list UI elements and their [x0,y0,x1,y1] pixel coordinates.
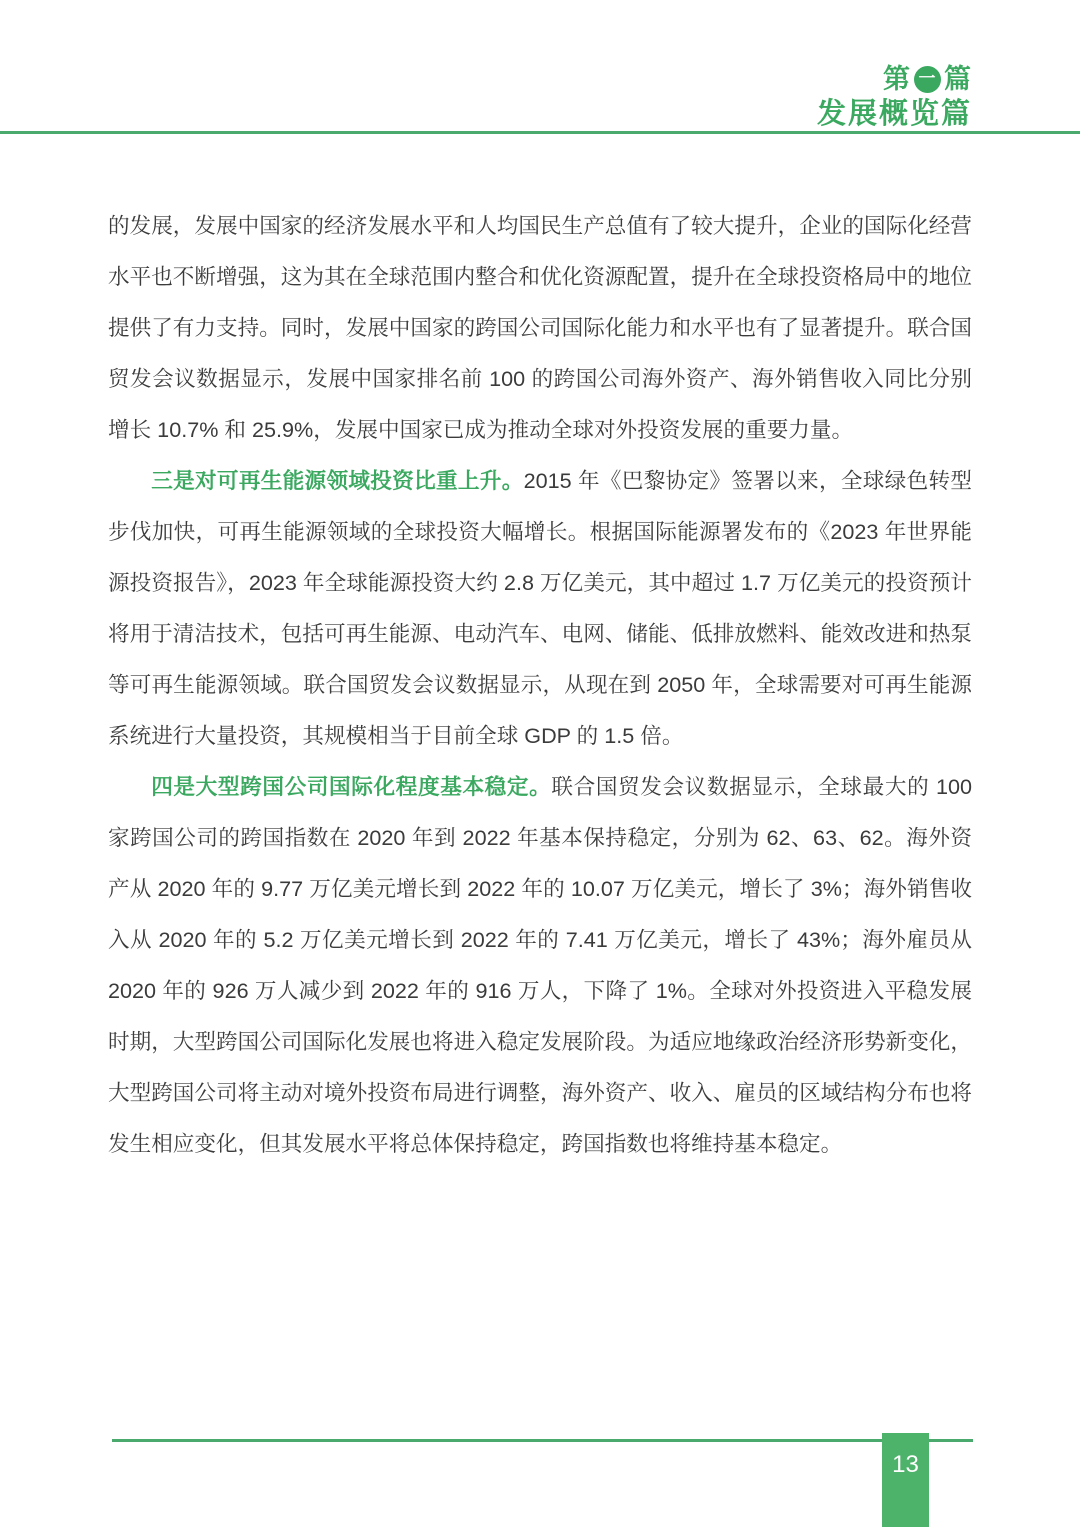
footer-divider-rule [112,1439,973,1442]
paragraph-lead: 三是对可再生能源领域投资比重上升。 [151,468,523,493]
page-number-badge: 13 [882,1433,929,1527]
part-prefix-text: 第 [883,63,911,95]
report-page: 第 一 篇 发展概览篇 的发展，发展中国家的经济发展水平和人均国民生产总值有了较… [0,0,1080,1527]
header-divider-rule [0,131,1080,134]
page-number: 13 [892,1451,919,1478]
part-number-circle-icon: 一 [914,66,941,93]
paragraph-point-three: 三是对可再生能源领域投资比重上升。2015 年《巴黎协定》签署以来，全球绿色转型… [108,455,972,761]
paragraph-text: 2015 年《巴黎协定》签署以来，全球绿色转型步伐加快，可再生能源领域的全球投资… [108,468,972,748]
paragraph-continuation: 的发展，发展中国家的经济发展水平和人均国民生产总值有了较大提升，企业的国际化经营… [108,200,972,455]
body-content: 的发展，发展中国家的经济发展水平和人均国民生产总值有了较大提升，企业的国际化经营… [108,200,972,1169]
part-number-text: 一 [919,63,937,95]
paragraph-lead: 四是大型跨国公司国际化程度基本稳定。 [151,774,551,799]
part-suffix-text: 篇 [944,63,972,95]
part-label: 第 一 篇 [817,63,972,95]
paragraph-text: 的发展，发展中国家的经济发展水平和人均国民生产总值有了较大提升，企业的国际化经营… [108,213,972,442]
section-title: 发展概览篇 [817,97,972,131]
page-header: 第 一 篇 发展概览篇 [817,63,972,131]
paragraph-text: 联合国贸发会议数据显示，全球最大的 100 家跨国公司的跨国指数在 2020 年… [108,774,972,1156]
paragraph-point-four: 四是大型跨国公司国际化程度基本稳定。联合国贸发会议数据显示，全球最大的 100 … [108,761,972,1169]
